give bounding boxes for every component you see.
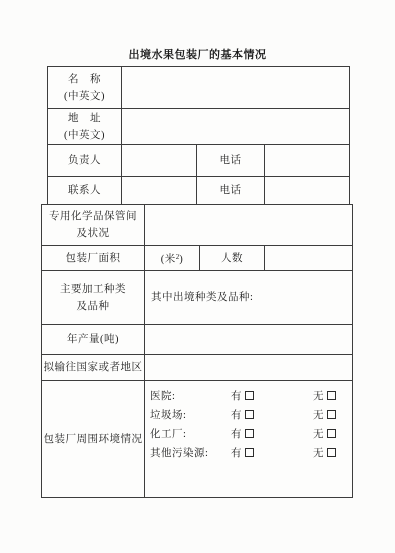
processing-types-label-line1: 主要加工种类 (60, 281, 126, 298)
name-label-line2: (中英文) (64, 88, 105, 105)
chemical-storage-label-line1: 专用化学品保管间 (49, 208, 137, 225)
address-label-line2: (中英文) (64, 127, 105, 144)
checkbox-square-icon (327, 448, 336, 457)
chemical-plant-no-checkbox[interactable]: 无 (313, 425, 352, 444)
address-label-line1: 地 址 (68, 110, 101, 127)
document-page: 出境水果包装厂的基本情况 名 称 (中英文) 地 址 (中英文) 负责人 电话 … (0, 0, 395, 553)
checkbox-square-icon (245, 410, 254, 419)
other-pollution-label: 其他污染源: (145, 444, 231, 463)
checkbox-square-icon (327, 429, 336, 438)
manager-label: 负责人 (48, 145, 121, 176)
checkbox-square-icon (245, 391, 254, 400)
row-manager: 负责人 电话 (48, 144, 349, 176)
chemical-storage-input-cell[interactable] (144, 205, 352, 245)
manager-phone-label: 电话 (196, 145, 264, 176)
row-processing-types: 主要加工种类 及品种 其中出境种类及品种: (42, 270, 352, 324)
contact-label: 联系人 (48, 177, 121, 204)
manager-phone-input-cell[interactable] (264, 145, 349, 176)
address-input-cell[interactable] (121, 109, 349, 144)
page-title: 出境水果包装厂的基本情况 (0, 0, 395, 66)
env-item-chemical-plant: 化工厂: 有 无 (145, 425, 352, 444)
checkbox-square-icon (327, 391, 336, 400)
address-label: 地 址 (中英文) (48, 109, 121, 144)
environment-items-cell: 医院: 有 无 垃圾场: 有 无 化工厂: 有 无 其他污染源: 有 (144, 381, 352, 497)
name-input-cell[interactable] (121, 67, 349, 108)
chemical-storage-label-line2: 及状况 (77, 225, 110, 242)
people-count-input-cell[interactable] (264, 246, 352, 270)
chemical-storage-label: 专用化学品保管间 及状况 (42, 205, 144, 245)
processing-types-label-line2: 及品种 (77, 298, 110, 315)
chemical-plant-label: 化工厂: (145, 425, 231, 444)
row-contact: 联系人 电话 (48, 176, 349, 204)
env-item-other-pollution: 其他污染源: 有 无 (145, 444, 352, 463)
processing-types-input-cell[interactable]: 其中出境种类及品种: (144, 271, 352, 324)
hospital-yes-checkbox[interactable]: 有 (231, 387, 313, 406)
manager-name-input-cell[interactable] (121, 145, 196, 176)
annual-output-label: 年产量(吨) (42, 325, 144, 354)
env-item-hospital: 医院: 有 无 (145, 387, 352, 406)
export-varieties-label: 其中出境种类及品种: (151, 289, 253, 306)
other-pollution-yes-checkbox[interactable]: 有 (231, 444, 313, 463)
name-label-line1: 名 称 (68, 71, 101, 88)
env-item-garbage-dump: 垃圾场: 有 无 (145, 406, 352, 425)
row-address: 地 址 (中英文) (48, 108, 349, 144)
contact-phone-input-cell[interactable] (264, 177, 349, 204)
row-export-destination: 拟输往国家或者地区 (42, 354, 352, 380)
form-table-bottom: 专用化学品保管间 及状况 包装厂面积 (米2) 人数 主要加工种类 及品种 其中… (41, 204, 353, 498)
area-unit-label: (米2) (161, 249, 184, 268)
garbage-dump-label: 垃圾场: (145, 406, 231, 425)
export-destination-input-cell[interactable] (144, 355, 352, 380)
processing-types-label: 主要加工种类 及品种 (42, 271, 144, 324)
other-pollution-no-checkbox[interactable]: 无 (313, 444, 352, 463)
export-destination-label: 拟输往国家或者地区 (42, 355, 144, 380)
contact-phone-label: 电话 (196, 177, 264, 204)
annual-output-input-cell[interactable] (144, 325, 352, 354)
row-annual-output: 年产量(吨) (42, 324, 352, 354)
hospital-no-checkbox[interactable]: 无 (313, 387, 352, 406)
contact-name-input-cell[interactable] (121, 177, 196, 204)
checkbox-square-icon (327, 410, 336, 419)
form-table-top: 名 称 (中英文) 地 址 (中英文) 负责人 电话 联系人 电话 (47, 66, 350, 205)
area-label: 包装厂面积 (42, 246, 144, 270)
chemical-plant-yes-checkbox[interactable]: 有 (231, 425, 313, 444)
checkbox-square-icon (245, 429, 254, 438)
row-chemical-storage: 专用化学品保管间 及状况 (42, 205, 352, 245)
people-count-label: 人数 (199, 246, 264, 270)
area-unit-cell[interactable]: (米2) (144, 246, 199, 270)
garbage-dump-no-checkbox[interactable]: 无 (313, 406, 352, 425)
row-environment: 包装厂周围环境情况 医院: 有 无 垃圾场: 有 无 化工厂: 有 无 (42, 380, 352, 497)
environment-label: 包装厂周围环境情况 (42, 381, 144, 497)
garbage-dump-yes-checkbox[interactable]: 有 (231, 406, 313, 425)
hospital-label: 医院: (145, 387, 231, 406)
name-label: 名 称 (中英文) (48, 67, 121, 108)
row-area: 包装厂面积 (米2) 人数 (42, 245, 352, 270)
checkbox-square-icon (245, 448, 254, 457)
row-name: 名 称 (中英文) (48, 67, 349, 108)
